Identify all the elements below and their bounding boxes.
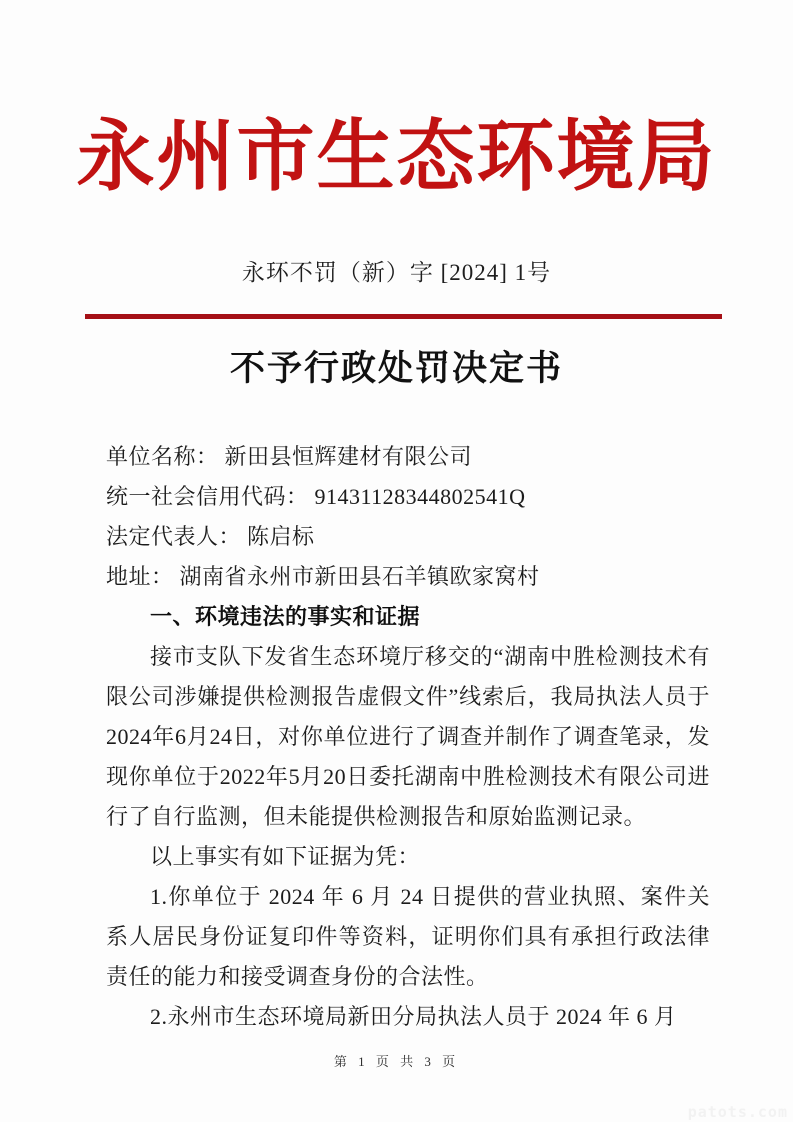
document-body: 单位名称： 新田县恒辉建材有限公司 统一社会信用代码： 914311283448…: [106, 437, 710, 1037]
info-line-company-name: 单位名称： 新田县恒辉建材有限公司: [106, 437, 710, 477]
document-number: 永环不罚（新）字 [2024] 1号: [0, 254, 793, 287]
document-page: 永州市生态环境局 永环不罚（新）字 [2024] 1号 不予行政处罚决定书 单位…: [0, 0, 793, 1122]
info-line-credit-code: 统一社会信用代码： 91431128344802541Q: [106, 477, 710, 517]
paragraph-evidence-item-1: 1.你单位于 2024 年 6 月 24 日提供的营业执照、案件关系人居民身份证…: [106, 877, 710, 997]
agency-letterhead: 永州市生态环境局: [0, 0, 793, 202]
info-line-legal-representative: 法定代表人： 陈启标: [106, 517, 710, 557]
red-divider-line: [85, 314, 722, 319]
info-line-address: 地址： 湖南省永州市新田县石羊镇欧家窝村: [106, 557, 710, 597]
watermark: patots.com: [688, 1103, 788, 1121]
paragraph-case-background: 接市支队下发省生态环境厅移交的“湖南中胜检测技术有限公司涉嫌提供检测报告虚假文件…: [106, 637, 710, 837]
document-title: 不予行政处罚决定书: [0, 341, 793, 391]
paragraph-evidence-item-2: 2.永州市生态环境局新田分局执法人员于 2024 年 6 月: [106, 997, 710, 1037]
paragraph-evidence-intro: 以上事实有如下证据为凭：: [106, 837, 710, 877]
section-heading-facts-and-evidence: 一、环境违法的事实和证据: [106, 597, 710, 637]
page-number-footer: 第 1 页 共 3 页: [0, 1051, 793, 1070]
